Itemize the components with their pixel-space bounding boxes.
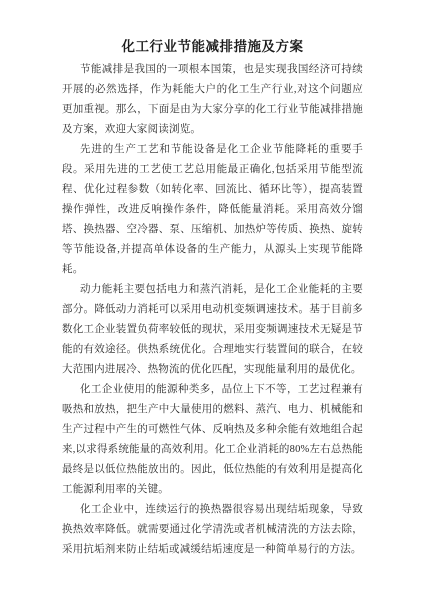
paragraph-intro: 节能减排是我国的一项根本国策，也是实现我国经济可持续开展的必然选择，作为耗能大户… [62, 60, 363, 140]
document-page: 化工行业节能减排措施及方案 节能减排是我国的一项根本国策，也是实现我国经济可持续… [0, 0, 424, 600]
document-body: 节能减排是我国的一项根本国策，也是实现我国经济可持续开展的必然选择，作为耗能大户… [62, 60, 363, 560]
document-title: 化工行业节能减排措施及方案 [62, 36, 363, 57]
paragraph-process-equipment: 先进的生产工艺和节能设备是化工企业节能降耗的重要手段。采用先进的工艺使工艺总用能… [62, 140, 363, 280]
paragraph-heat-exchanger: 化工企业中，连续运行的换热器很容易出现结垢现象，导致换热效率降低。就需要通过化学… [62, 500, 363, 560]
paragraph-power-consumption: 动力能耗主要包括电力和蒸汽消耗，是化工企业能耗的主要部分。降低动力消耗可以采用电… [62, 280, 363, 380]
paragraph-energy-utilization: 化工企业使用的能源种类多，品位上下不等，工艺过程兼有吸热和放热，把生产中大量使用… [62, 380, 363, 500]
